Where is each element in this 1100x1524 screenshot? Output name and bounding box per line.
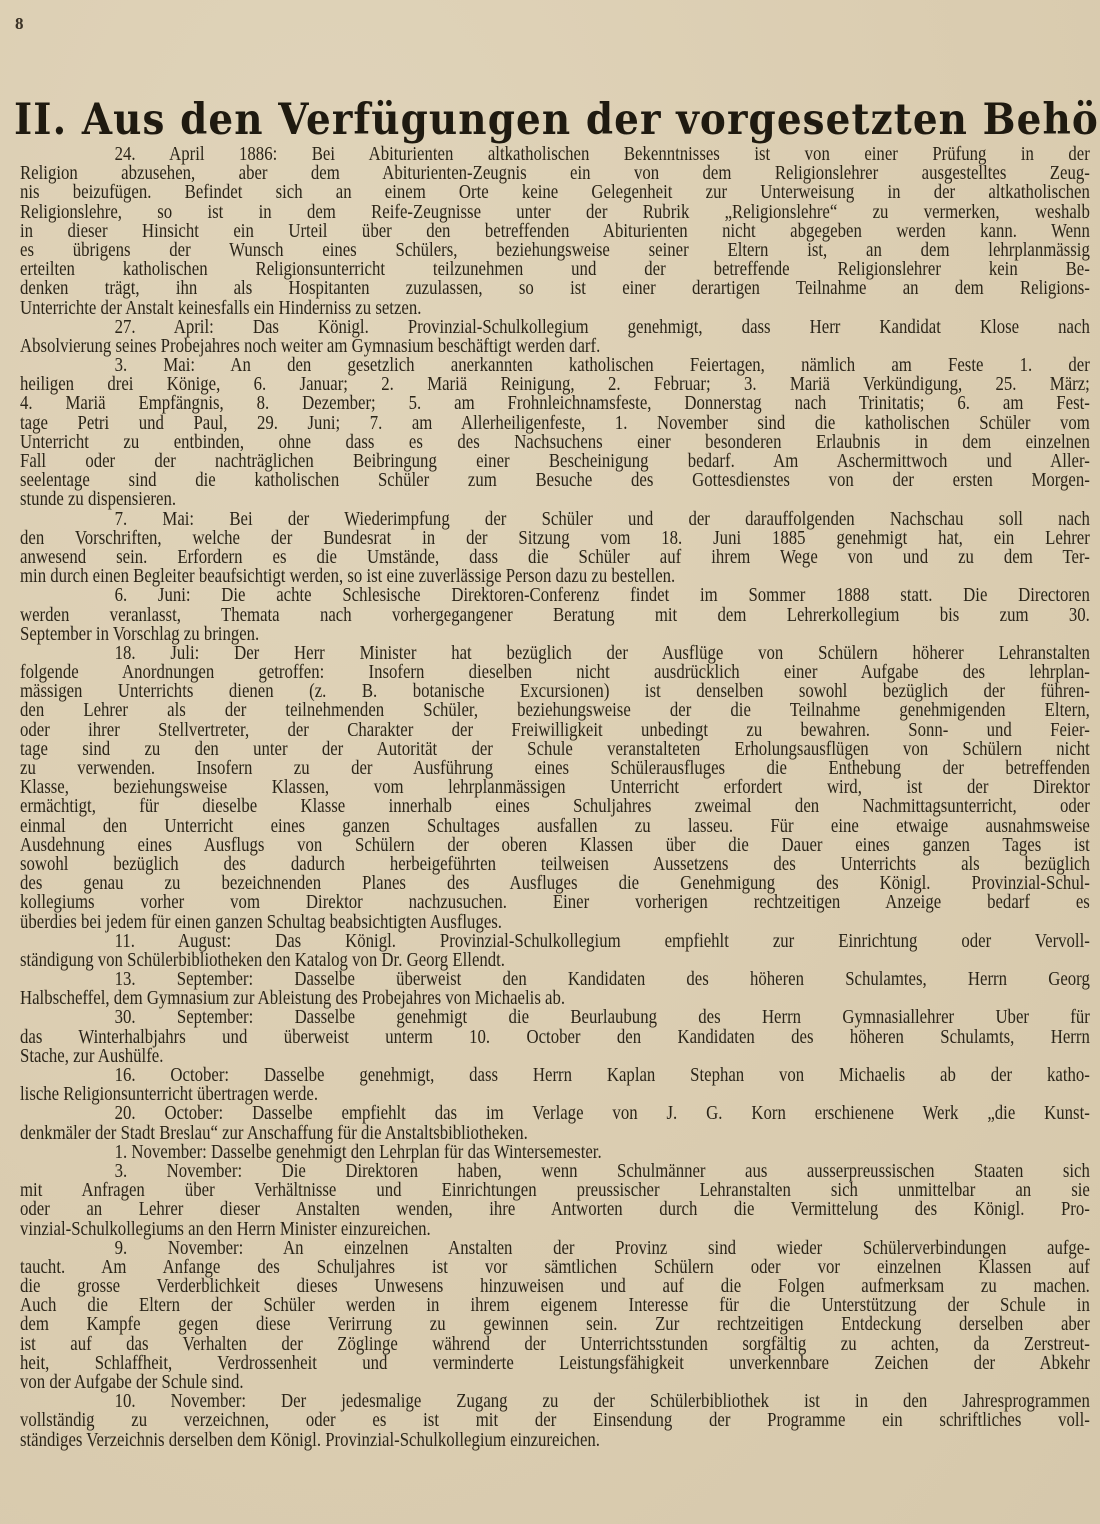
entry-first-line: 27. April: Das Königl. Provinzial-Schulk… (20, 318, 1090, 337)
entry-line: denken trägt, ihn als Hospitanten zuzula… (20, 279, 1090, 298)
entry-line: erteilten katholischen Religionsunterric… (20, 260, 1090, 279)
entry-line: Ausdehnung eines Ausflugs von Schülern d… (20, 836, 1090, 855)
decree-entry: 13. September: Dasselbe überweist den Ka… (20, 970, 1090, 1008)
entry-line: Religion abzusehen, aber dem Abituriente… (20, 164, 1090, 183)
decree-entry: 9. November: An einzelnen Anstalten der … (20, 1239, 1090, 1393)
section-heading: II. Aus den Verfügungen der vorgesetzten… (14, 95, 991, 145)
entry-line: Klasse, beziehungsweise Klassen, vom leh… (20, 778, 1090, 797)
entry-line: in dieser Hinsicht ein Urteil über den b… (20, 222, 1090, 241)
entry-line: den Lehrer als der teilnehmenden Schüler… (20, 701, 1090, 720)
decree-entry: 18. Juli: Der Herr Minister hat bezüglic… (20, 644, 1090, 932)
entry-line: werden veranlasst, Themata nach vorherge… (20, 606, 1090, 625)
entry-line: min durch einen Begleiter beaufsichtigt … (20, 567, 1090, 586)
entry-line: Unterrichte der Anstalt keinesfalls ein … (20, 299, 1090, 318)
entry-line: 4. Mariä Empfängnis, 8. Dezember; 5. am … (20, 394, 1090, 413)
entry-line: Religionslehre, so ist in dem Reife-Zeug… (20, 203, 1090, 222)
entry-line: des genau zu bezeichnenden Planes des Au… (20, 874, 1090, 893)
entry-first-line: 30. September: Dasselbe genehmigt die Be… (20, 1008, 1090, 1027)
entry-first-line: 16. October: Dasselbe genehmigt, dass He… (20, 1066, 1090, 1085)
decree-entry: 27. April: Das Königl. Provinzial-Schulk… (20, 318, 1090, 356)
entry-line: Absolvierung seines Probejahres noch wei… (20, 337, 1090, 356)
entry-first-line: 20. October: Dasselbe empfiehlt das im V… (20, 1104, 1090, 1123)
entry-line: dem Kampfe gegen diese Verirrung zu gewi… (20, 1315, 1090, 1334)
entry-line: Unterricht zu entbinden, ohne dass es de… (20, 433, 1090, 452)
document-body: 24. April 1886: Bei Abiturienten altkath… (20, 145, 1090, 1450)
decree-entry: 10. November: Der jedesmalige Zugang zu … (20, 1392, 1090, 1450)
entry-line: nis beizufügen. Befindet sich an einem O… (20, 183, 1090, 202)
entry-line: vinzial-Schulkollegiums an den Herrn Min… (20, 1220, 1090, 1239)
entry-first-line: 11. August: Das Königl. Provinzial-Schul… (20, 932, 1090, 951)
decree-entry: 6. Juni: Die achte Schlesische Direktore… (20, 586, 1090, 644)
entry-first-line: 3. Mai: An den gesetzlich anerkannten ka… (20, 356, 1090, 375)
entry-first-line: 24. April 1886: Bei Abiturienten altkath… (20, 145, 1090, 164)
entry-line: stunde zu dispensieren. (20, 490, 1090, 509)
entry-line: mit Anfragen über Verhältnisse und Einri… (20, 1181, 1090, 1200)
entry-line: September in Vorschlag zu bringen. (20, 625, 1090, 644)
entry-line: die grosse Verderblichkeit dieses Unwese… (20, 1277, 1090, 1296)
page-number: 8 (15, 14, 24, 34)
entry-line: ständigung von Schülerbibliotheken den K… (20, 951, 1090, 970)
entry-line: anwesend sein. Erfordern es die Umstände… (20, 548, 1090, 567)
entry-line: es übrigens der Wunsch eines Schülers, b… (20, 241, 1090, 260)
entry-first-line: 1. November: Dasselbe genehmigt den Lehr… (20, 1143, 1090, 1162)
entry-line: lische Religionsunterricht übertragen we… (20, 1085, 1090, 1104)
entry-line: überdies bei jedem für einen ganzen Schu… (20, 913, 1090, 932)
entry-first-line: 3. November: Die Direktoren haben, wenn … (20, 1162, 1090, 1181)
entry-line: Fall oder der nachträglichen Beibringung… (20, 452, 1090, 471)
entry-first-line: 7. Mai: Bei der Wiederimpfung der Schüle… (20, 510, 1090, 529)
entry-line: einmal den Unterricht eines ganzen Schul… (20, 817, 1090, 836)
decree-entry: 20. October: Dasselbe empfiehlt das im V… (20, 1104, 1090, 1142)
entry-line: folgende Anordnungen getroffen: Insofern… (20, 663, 1090, 682)
entry-line: heit, Schlaffheit, Verdrossenheit und ve… (20, 1354, 1090, 1373)
decree-entry: 1. November: Dasselbe genehmigt den Lehr… (20, 1143, 1090, 1162)
entry-first-line: 9. November: An einzelnen Anstalten der … (20, 1239, 1090, 1258)
entry-line: oder an Lehrer dieser Anstalten wenden, … (20, 1200, 1090, 1219)
entry-line: ermächtigt, für dieselbe Klasse innerhal… (20, 797, 1090, 816)
entry-line: von der Aufgabe der Schule sind. (20, 1373, 1090, 1392)
decree-entry: 3. November: Die Direktoren haben, wenn … (20, 1162, 1090, 1239)
decree-entry: 11. August: Das Königl. Provinzial-Schul… (20, 932, 1090, 970)
entry-line: heiligen drei Könige, 6. Januar; 2. Mari… (20, 375, 1090, 394)
entry-line: sowohl bezüglich des dadurch herbeigefüh… (20, 855, 1090, 874)
entry-first-line: 10. November: Der jedesmalige Zugang zu … (20, 1392, 1090, 1411)
decree-entry: 30. September: Dasselbe genehmigt die Be… (20, 1008, 1090, 1066)
entry-line: oder ihrer Stellvertreter, der Charakter… (20, 721, 1090, 740)
entry-line: taucht. Am Anfange des Schuljahres ist v… (20, 1258, 1090, 1277)
entry-line: tage sind zu den unter der Autorität der… (20, 740, 1090, 759)
entry-line: den Vorschriften, welche der Bundesrat i… (20, 529, 1090, 548)
entry-line: das Winterhalbjahrs und überweist unterm… (20, 1028, 1090, 1047)
entry-line: ist auf das Verhalten der Zöglinge währe… (20, 1335, 1090, 1354)
entry-line: mässigen Unterrichts dienen (z. B. botan… (20, 682, 1090, 701)
entry-line: Auch die Eltern der Schüler werden in ih… (20, 1296, 1090, 1315)
entry-line: seelentage sind die katholischen Schüler… (20, 471, 1090, 490)
entry-first-line: 6. Juni: Die achte Schlesische Direktore… (20, 586, 1090, 605)
entry-line: ständiges Verzeichnis derselben dem Köni… (20, 1431, 1090, 1450)
entry-line: tage Petri und Paul, 29. Juni; 7. am All… (20, 414, 1090, 433)
decree-entry: 16. October: Dasselbe genehmigt, dass He… (20, 1066, 1090, 1104)
decree-entry: 3. Mai: An den gesetzlich anerkannten ka… (20, 356, 1090, 510)
decree-entry: 24. April 1886: Bei Abiturienten altkath… (20, 145, 1090, 318)
entry-first-line: 13. September: Dasselbe überweist den Ka… (20, 970, 1090, 989)
entry-line: denkmäler der Stadt Breslau“ zur Anschaf… (20, 1124, 1090, 1143)
entry-line: vollständig zu verzeichnen, oder es ist … (20, 1411, 1090, 1430)
entry-first-line: 18. Juli: Der Herr Minister hat bezüglic… (20, 644, 1090, 663)
decree-entry: 7. Mai: Bei der Wiederimpfung der Schüle… (20, 510, 1090, 587)
entry-line: Halbscheffel, dem Gymnasium zur Ableistu… (20, 989, 1090, 1008)
entry-line: zu verwenden. Insofern zu der Ausführung… (20, 759, 1090, 778)
entry-line: Stache, zur Aushülfe. (20, 1047, 1090, 1066)
entry-line: kollegiums vorher vom Direktor nachzusuc… (20, 893, 1090, 912)
